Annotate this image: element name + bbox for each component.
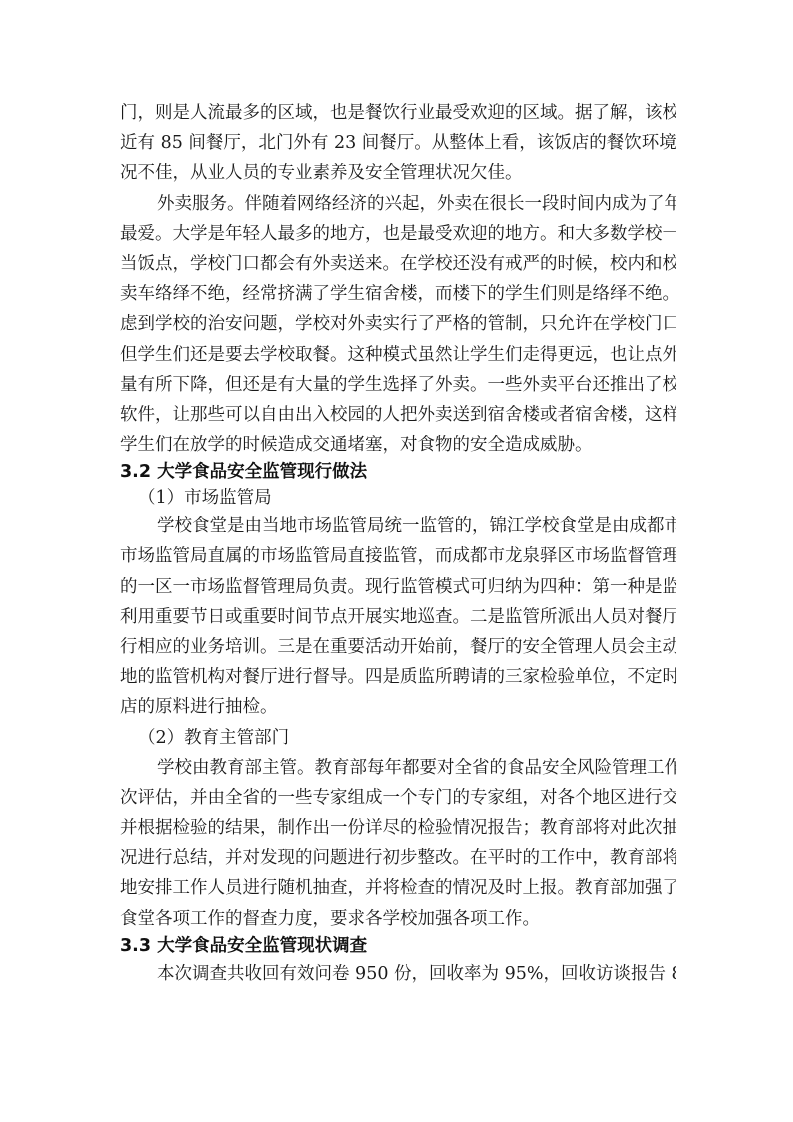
text-line: 虑到学校的治安问题，学校对外卖实行了严格的管制，只允许在学校门口送餐， xyxy=(120,309,676,339)
text-line: 的一区一市场监督管理局负责。现行监管模式可归纳为四种：第一种是监管机构 xyxy=(120,572,676,602)
paragraph-campus-gates: 门，则是人流最多的区域，也是餐饮行业最受欢迎的区域。据了解，该校南门附 近有 8… xyxy=(120,98,676,189)
text-line: 卖车络绎不绝，经常挤满了学生宿舍楼，而楼下的学生们则是络绎不绝。后来考 xyxy=(120,279,676,309)
document-page: 门，则是人流最多的区域，也是餐饮行业最受欢迎的区域。据了解，该校南门附 近有 8… xyxy=(120,98,676,989)
text-line: 行相应的业务培训。三是在重要活动开始前，餐厅的安全管理人员会主动邀请当 xyxy=(120,632,676,662)
text-line: 外卖服务。伴随着网络经济的兴起，外卖在很长一段时间内成为了年轻人的 xyxy=(120,189,676,219)
paragraph-survey: 本次调查共收回有效问卷 950 份，回收率为 95%，回收访谈报告 89 份，回 xyxy=(120,959,676,989)
text-line: 利用重要节日或重要时间节点开展实地巡查。二是监管所派出人员对餐厅员工进 xyxy=(120,602,676,632)
paragraph-takeout-service: 外卖服务。伴随着网络经济的兴起，外卖在很长一段时间内成为了年轻人的 最爱。大学是… xyxy=(120,189,676,461)
text-line: 学校由教育部主管。教育部每年都要对全省的食品安全风险管理工作进行一 xyxy=(120,753,676,783)
text-line: 地的监管机构对餐厅进行督导。四是质监所聘请的三家检验单位，不定时地对饭 xyxy=(120,662,676,692)
text-line: 软件，让那些可以自由出入校园的人把外卖送到宿舍楼或者宿舍楼，这样就会给 xyxy=(120,400,676,430)
text-line: 次评估，并由全省的一些专家组成一个专门的专家组，对各个地区进行交叉检验， xyxy=(120,783,676,813)
section-heading-3-2: 3.2 大学食品安全监管现行做法 xyxy=(120,460,676,485)
text-line: 门，则是人流最多的区域，也是餐饮行业最受欢迎的区域。据了解，该校南门附 xyxy=(120,98,676,128)
text-line: 况进行总结，并对发现的问题进行初步整改。在平时的工作中，教育部将不定时 xyxy=(120,843,676,873)
paragraph-market-supervision: 学校食堂是由当地市场监管局统一监管的，锦江学校食堂是由成都市锦江区 市场监管局直… xyxy=(120,511,676,722)
text-line: 店的原料进行抽检。 xyxy=(120,692,676,722)
text-line: 当饭点，学校门口都会有外卖送来。在学校还没有戒严的时候，校内和校外的外 xyxy=(120,249,676,279)
text-line: 近有 85 间餐厅，北门外有 23 间餐厅。从整体上看，该饭店的餐饮环境及卫生状 xyxy=(120,128,676,158)
text-line: 但学生们还是要去学校取餐。这种模式虽然让学生们走得更远，也让点外卖的数 xyxy=(120,340,676,370)
paragraph-education-department: 学校由教育部主管。教育部每年都要对全省的食品安全风险管理工作进行一 次评估，并由… xyxy=(120,753,676,934)
text-line: 地安排工作人员进行随机抽查，并将检查的情况及时上报。教育部加强了对学校 xyxy=(120,873,676,903)
text-line: 食堂各项工作的督查力度，要求各学校加强各项工作。 xyxy=(120,904,676,934)
text-line: 最爱。大学是年轻人最多的地方，也是最受欢迎的地方。和大多数学校一样，每 xyxy=(120,219,676,249)
text-line: 况不佳，从业人员的专业素养及安全管理状况欠佳。 xyxy=(120,158,676,188)
text-line: 本次调查共收回有效问卷 950 份，回收率为 95%，回收访谈报告 89 份，回 xyxy=(120,959,676,989)
text-line: 学校食堂是由当地市场监管局统一监管的，锦江学校食堂是由成都市锦江区 xyxy=(120,511,676,541)
text-line: 量有所下降，但还是有大量的学生选择了外卖。一些外卖平台还推出了校园点餐 xyxy=(120,370,676,400)
subheading-education-department: （2）教育主管部门 xyxy=(120,723,676,753)
text-line: 学生们在放学的时候造成交通堵塞，对食物的安全造成威胁。 xyxy=(120,430,676,460)
text-line: 市场监管局直属的市场监管局直接监管，而成都市龙泉驿区市场监督管理局直属 xyxy=(120,541,676,571)
section-heading-3-3: 3.3 大学食品安全监管现状调查 xyxy=(120,934,676,959)
subheading-market-supervision: （1）市场监管局 xyxy=(120,485,676,511)
text-line: 并根据检验的结果，制作出一份详尽的检验情况报告；教育部将对此次抽查的情 xyxy=(120,813,676,843)
